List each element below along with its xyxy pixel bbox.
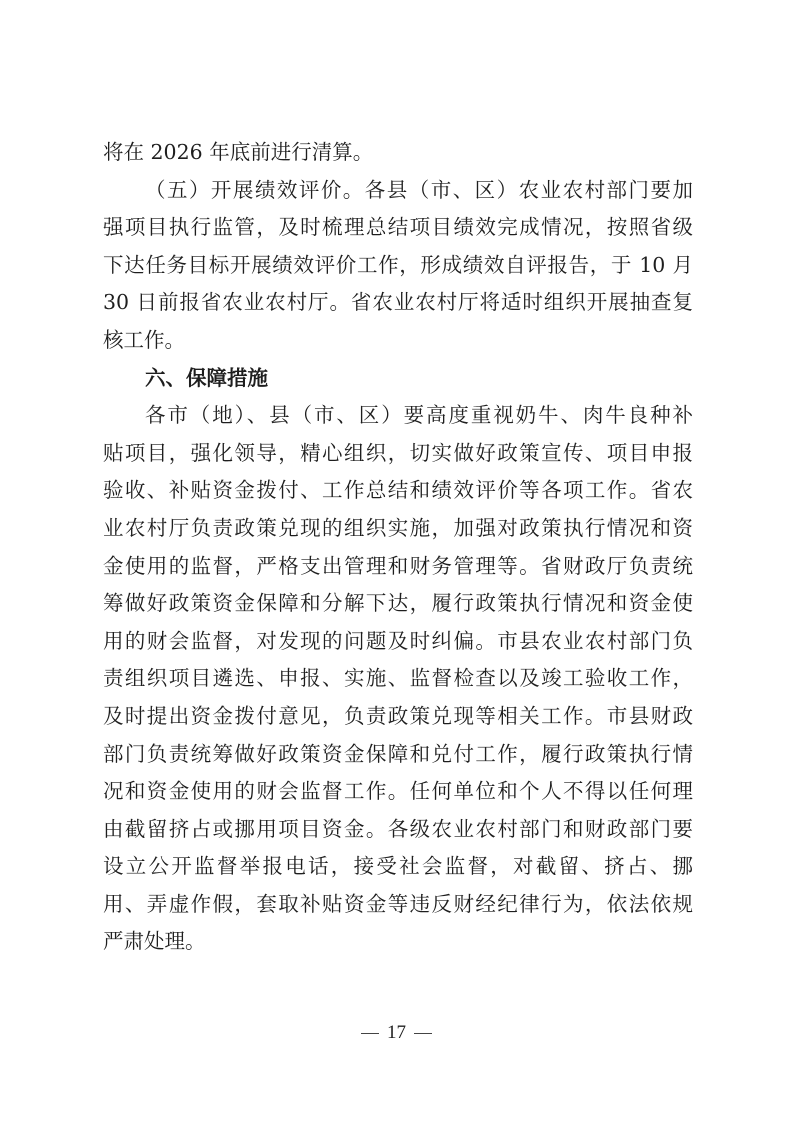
text-line: 下达任务目标开展绩效评价工作，形成绩效自评报告，于 10 月 xyxy=(103,247,693,285)
text-line: 用的财会监督，对发现的问题及时纠偏。市县农业农村部门负 xyxy=(103,623,693,661)
text-line: 设立公开监督举报电话，接受社会监督，对截留、挤占、挪 xyxy=(103,848,693,886)
page-footer: 17 xyxy=(0,1022,793,1044)
dash-decoration xyxy=(414,1033,432,1035)
text-line: 将在 2026 年底前进行清算。 xyxy=(103,134,693,172)
text-line: 30 日前报省农业农村厅。省农业农村厅将适时组织开展抽查复 xyxy=(103,284,693,322)
text-line: 验收、补贴资金拨付、工作总结和绩效评价等各项工作。省农 xyxy=(103,472,693,510)
text-line: 严肃处理。 xyxy=(103,923,693,961)
text-line: 金使用的监督，严格支出管理和财务管理等。省财政厅负责统 xyxy=(103,548,693,586)
text-line: 及时提出资金拨付意见，负责政策兑现等相关工作。市县财政 xyxy=(103,698,693,736)
text-line: 筹做好政策资金保障和分解下达，履行政策执行情况和资金使 xyxy=(103,585,693,623)
text-line: 贴项目，强化领导，精心组织，切实做好政策宣传、项目申报 xyxy=(103,435,693,473)
text-line: 强项目执行监管，及时梳理总结项目绩效完成情况，按照省级 xyxy=(103,209,693,247)
text-line: 由截留挤占或挪用项目资金。各级农业农村部门和财政部门要 xyxy=(103,811,693,849)
text-line: 核工作。 xyxy=(103,322,693,360)
document-body: 将在 2026 年底前进行清算。 （五）开展绩效评价。各县（市、区）农业农村部门… xyxy=(103,134,693,961)
text-line: 部门负责统筹做好政策资金保障和兑付工作，履行政策执行情 xyxy=(103,736,693,774)
page-number: 17 xyxy=(387,1022,406,1043)
text-line: 用、弄虚作假，套取补贴资金等违反财经纪律行为，依法依规 xyxy=(103,886,693,924)
section-five-title-line: （五）开展绩效评价。各县（市、区）农业农村部门要加 xyxy=(103,172,693,210)
text-line: 各市（地）、县（市、区）要高度重视奶牛、肉牛良种补 xyxy=(103,397,693,435)
text-line: 况和资金使用的财会监督工作。任何单位和个人不得以任何理 xyxy=(103,773,693,811)
dash-decoration xyxy=(361,1033,379,1035)
section-heading: 六、保障措施 xyxy=(103,360,693,398)
text-line: 责组织项目遴选、申报、实施、监督检查以及竣工验收工作， xyxy=(103,660,693,698)
text-line: 业农村厅负责政策兑现的组织实施，加强对政策执行情况和资 xyxy=(103,510,693,548)
